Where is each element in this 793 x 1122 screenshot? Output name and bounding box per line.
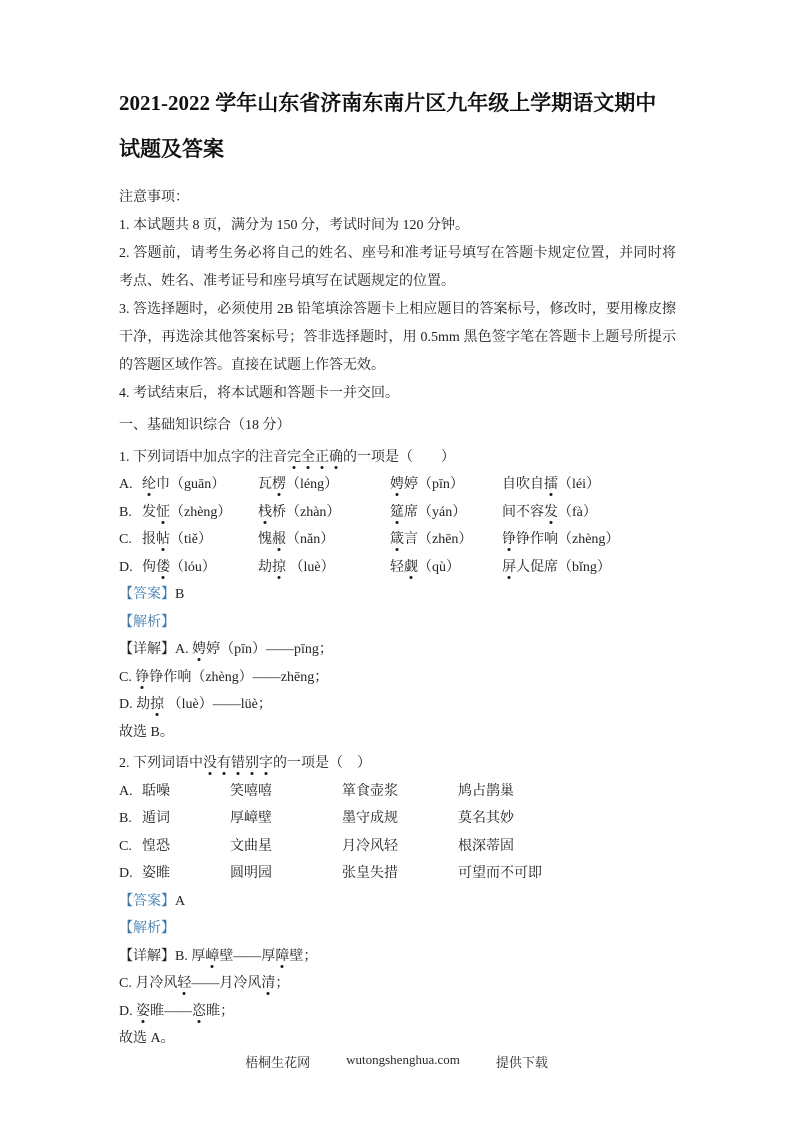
option-letter: C.	[119, 833, 142, 861]
option-letter: B.	[119, 499, 142, 527]
option-word: 根深蒂固	[458, 833, 676, 861]
option-word: 文曲星	[230, 833, 342, 861]
question2-detail-line-1: 【详解】B. 厚嶂壁——厚障壁；	[119, 943, 676, 971]
option-word: 姿睢	[142, 860, 230, 888]
title-line1: 2021-2022 学年山东省济南东南片区九年级上学期语文期中	[119, 80, 676, 126]
option-word: 筵席（yán）	[390, 499, 502, 527]
question1-detail-line-1: 【详解】A. 娉婷（pīn）——pīng；	[119, 636, 676, 664]
title-line2: 试题及答案	[119, 126, 676, 172]
document-page: 2021-2022 学年山东省济南东南片区九年级上学期语文期中 试题及答案 注意…	[0, 0, 793, 1122]
option-word: 张皇失措	[342, 860, 458, 888]
document-title: 2021-2022 学年山东省济南东南片区九年级上学期语文期中 试题及答案	[119, 80, 676, 172]
question1-option-a: A. 纶巾（guān） 瓦楞（léng） 娉婷（pīn） 自吹自擂（léi）	[119, 471, 676, 499]
page-footer: 梧桐生花网 wutongshenghua.com 提供下载	[0, 1052, 793, 1071]
detail-text: B. 厚嶂壁——厚障壁；	[175, 949, 317, 964]
option-letter: B.	[119, 805, 142, 833]
option-word: 屏人促席（bǐng）	[502, 554, 676, 582]
footer-download-text: 提供下载	[496, 1052, 548, 1071]
question2-option-a: A. 聒噪 笑嘻嘻 箪食壶浆 鸠占鹊巢	[119, 778, 676, 806]
option-word: 鸠占鹊巢	[458, 778, 676, 806]
answer-label: 【答案】	[119, 894, 175, 909]
notice-item-1: 1. 本试题共 8 页，满分为 150 分，考试时间为 120 分钟。	[119, 212, 676, 240]
option-word: 自吹自擂（léi）	[502, 471, 676, 499]
notice-item-3: 3. 答选择题时，必须使用 2B 铅笔填涂答题卡上相应题目的答案标号，修改时，要…	[119, 296, 676, 380]
option-word: 瓦楞（léng）	[258, 471, 390, 499]
option-word: 遁词	[142, 805, 230, 833]
question1-detail-line-4: 故选 B。	[119, 719, 676, 747]
question2-detail-line-2: C. 月冷风轻——月冷风清；	[119, 970, 676, 998]
question1-answer-line: 【答案】B	[119, 581, 676, 609]
answer-label: 【答案】	[119, 587, 175, 602]
option-word: 间不容发（fà）	[502, 499, 676, 527]
notice-heading: 注意事项：	[119, 184, 676, 212]
option-word: 笑嘻嘻	[230, 778, 342, 806]
option-word: 轻觑（qù）	[390, 554, 502, 582]
option-word: 厚嶂壁	[230, 805, 342, 833]
option-word: 箪食壶浆	[342, 778, 458, 806]
option-word: 月冷风轻	[342, 833, 458, 861]
option-word: 墨守成规	[342, 805, 458, 833]
question1-analysis-label: 【解析】	[119, 609, 676, 637]
document-content: 2021-2022 学年山东省济南东南片区九年级上学期语文期中 试题及答案 注意…	[119, 80, 676, 1053]
question1-option-c: C. 报帖（tiě） 愧赧（nǎn） 箴言（zhēn） 铮铮作响（zhèng）	[119, 526, 676, 554]
option-letter: D.	[119, 860, 142, 888]
option-word: 劫掠 （luè）	[258, 554, 390, 582]
option-word: 莫名其妙	[458, 805, 676, 833]
notice-item-4: 4. 考试结束后，将本试题和答题卡一并交回。	[119, 380, 676, 408]
question2-detail-line-3: D. 姿睢——恣睢；	[119, 998, 676, 1026]
option-letter: C.	[119, 526, 142, 554]
question2-detail-line-4: 故选 A。	[119, 1025, 676, 1053]
option-word: 娉婷（pīn）	[390, 471, 502, 499]
option-word: 佝偻（lóu）	[142, 554, 258, 582]
question2-option-d: D. 姿睢 圆明园 张皇失措 可望而不可即	[119, 860, 676, 888]
section-basics: 一、基础知识综合（18 分） 1. 下列词语中加点字的注音完全正确的一项是（ ）…	[119, 412, 676, 1053]
option-word: 聒噪	[142, 778, 230, 806]
option-word: 圆明园	[230, 860, 342, 888]
option-word: 纶巾（guān）	[142, 471, 258, 499]
option-word: 愧赧（nǎn）	[258, 526, 390, 554]
option-word: 报帖（tiě）	[142, 526, 258, 554]
footer-site-url: wutongshenghua.com	[346, 1052, 460, 1071]
detail-label: 【详解】	[119, 642, 175, 657]
option-word: 铮铮作响（zhèng）	[502, 526, 676, 554]
question1-detail-line-3: D. 劫掠 （luè）——lüè；	[119, 691, 676, 719]
option-word: 惶恐	[142, 833, 230, 861]
detail-text: A. 娉婷（pīn）——pīng；	[175, 642, 333, 657]
question2-option-b: B. 遁词 厚嶂壁 墨守成规 莫名其妙	[119, 805, 676, 833]
option-word: 可望而不可即	[458, 860, 676, 888]
question2-stem: 2. 下列词语中没有错别字的一项是（ ）	[119, 750, 676, 778]
section-heading: 一、基础知识综合（18 分）	[119, 412, 676, 440]
option-word: 发怔（zhèng）	[142, 499, 258, 527]
answer-value: B	[175, 587, 184, 602]
question1-option-d: D. 佝偻（lóu） 劫掠 （luè） 轻觑（qù） 屏人促席（bǐng）	[119, 554, 676, 582]
option-word: 栈桥（zhàn）	[258, 499, 390, 527]
question1-detail-line-2: C. 铮铮作响（zhèng）——zhēng；	[119, 664, 676, 692]
question1-stem: 1. 下列词语中加点字的注音完全正确的一项是（ ）	[119, 444, 676, 472]
notice-item-2: 2. 答题前，请考生务必将自己的姓名、座号和准考证号填写在答题卡规定位置，并同时…	[119, 240, 676, 296]
question2-option-c: C. 惶恐 文曲星 月冷风轻 根深蒂固	[119, 833, 676, 861]
option-letter: A.	[119, 778, 142, 806]
option-letter: D.	[119, 554, 142, 582]
question1-option-b: B. 发怔（zhèng） 栈桥（zhàn） 筵席（yán） 间不容发（fà）	[119, 499, 676, 527]
answer-value: A	[175, 894, 185, 909]
question2-answer-line: 【答案】A	[119, 888, 676, 916]
option-word: 箴言（zhēn）	[390, 526, 502, 554]
option-letter: A.	[119, 471, 142, 499]
footer-site-name: 梧桐生花网	[245, 1052, 310, 1071]
detail-label: 【详解】	[119, 949, 175, 964]
question2-analysis-label: 【解析】	[119, 915, 676, 943]
